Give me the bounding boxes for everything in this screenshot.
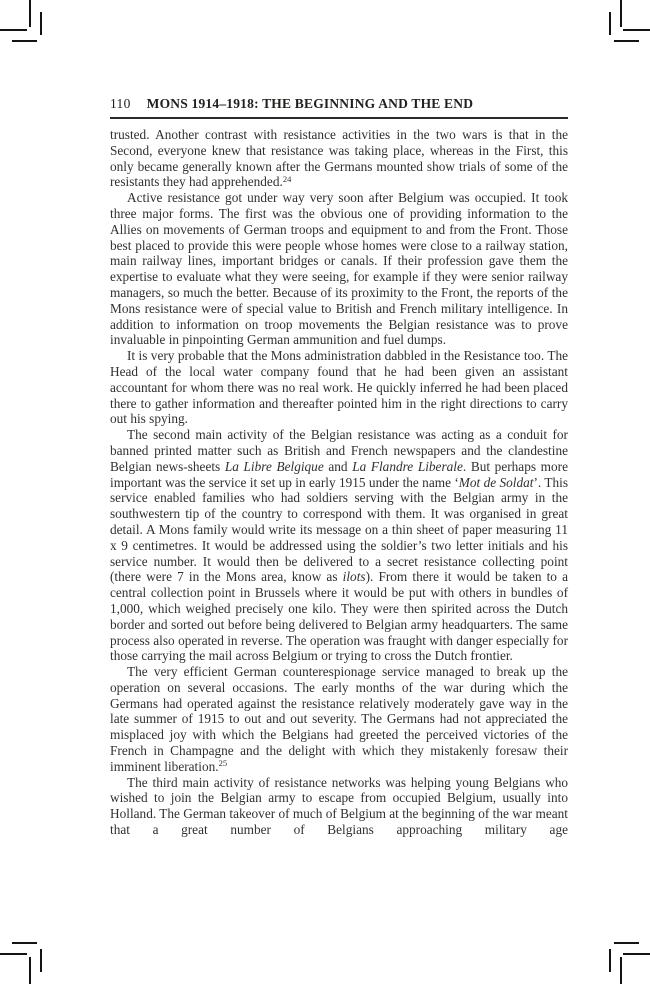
crop-line bbox=[0, 953, 27, 955]
crop-line bbox=[609, 949, 611, 972]
paragraph-3: It is very probable that the Mons admini… bbox=[110, 348, 568, 427]
paragraph-1: trusted. Another contrast with resistanc… bbox=[110, 127, 568, 190]
footnote-reference: 25 bbox=[219, 758, 228, 768]
text-segment: trusted. Another contrast with resistanc… bbox=[110, 127, 568, 189]
crop-line bbox=[12, 942, 37, 944]
crop-line bbox=[614, 942, 639, 944]
text-segment: It is very probable that the Mons admini… bbox=[110, 348, 568, 426]
crop-line bbox=[29, 0, 31, 27]
running-header-title: MONS 1914–1918: THE BEGINNING AND THE EN… bbox=[147, 96, 474, 112]
crop-line bbox=[623, 953, 650, 955]
text-segment: Active resistance got under way very soo… bbox=[110, 190, 568, 347]
paragraph-2: Active resistance got under way very soo… bbox=[110, 190, 568, 348]
crop-line bbox=[609, 12, 611, 35]
paragraph-6: The third main activity of resistance ne… bbox=[110, 775, 568, 838]
body-text: trusted. Another contrast with resistanc… bbox=[110, 127, 568, 838]
text-segment: ilots bbox=[343, 569, 366, 584]
page-number: 110 bbox=[110, 96, 131, 112]
crop-line bbox=[40, 949, 42, 972]
crop-line bbox=[40, 12, 42, 35]
text-segment: La Flandre Liberale bbox=[352, 459, 463, 474]
paragraph-4: The second main activity of the Belgian … bbox=[110, 427, 568, 664]
crop-line bbox=[623, 29, 650, 31]
book-page: 110 MONS 1914–1918: THE BEGINNING AND TH… bbox=[0, 0, 650, 984]
crop-line bbox=[620, 957, 622, 984]
header-rule bbox=[110, 117, 568, 119]
running-header: 110 MONS 1914–1918: THE BEGINNING AND TH… bbox=[110, 96, 568, 112]
text-segment: Mot de Soldat bbox=[459, 475, 534, 490]
crop-line bbox=[29, 957, 31, 984]
text-segment: and bbox=[324, 459, 352, 474]
text-segment: The very efficient German counterespiona… bbox=[110, 664, 568, 774]
crop-line bbox=[12, 40, 37, 42]
crop-line bbox=[620, 0, 622, 27]
text-segment: La Libre Belgique bbox=[225, 459, 324, 474]
text-segment: The third main activity of resistance ne… bbox=[110, 775, 568, 837]
paragraph-5: The very efficient German counterespiona… bbox=[110, 664, 568, 775]
text-segment: ’. This service enabled families who had… bbox=[110, 475, 568, 585]
crop-line bbox=[614, 40, 639, 42]
crop-line bbox=[0, 29, 27, 31]
footnote-reference: 24 bbox=[283, 174, 292, 184]
